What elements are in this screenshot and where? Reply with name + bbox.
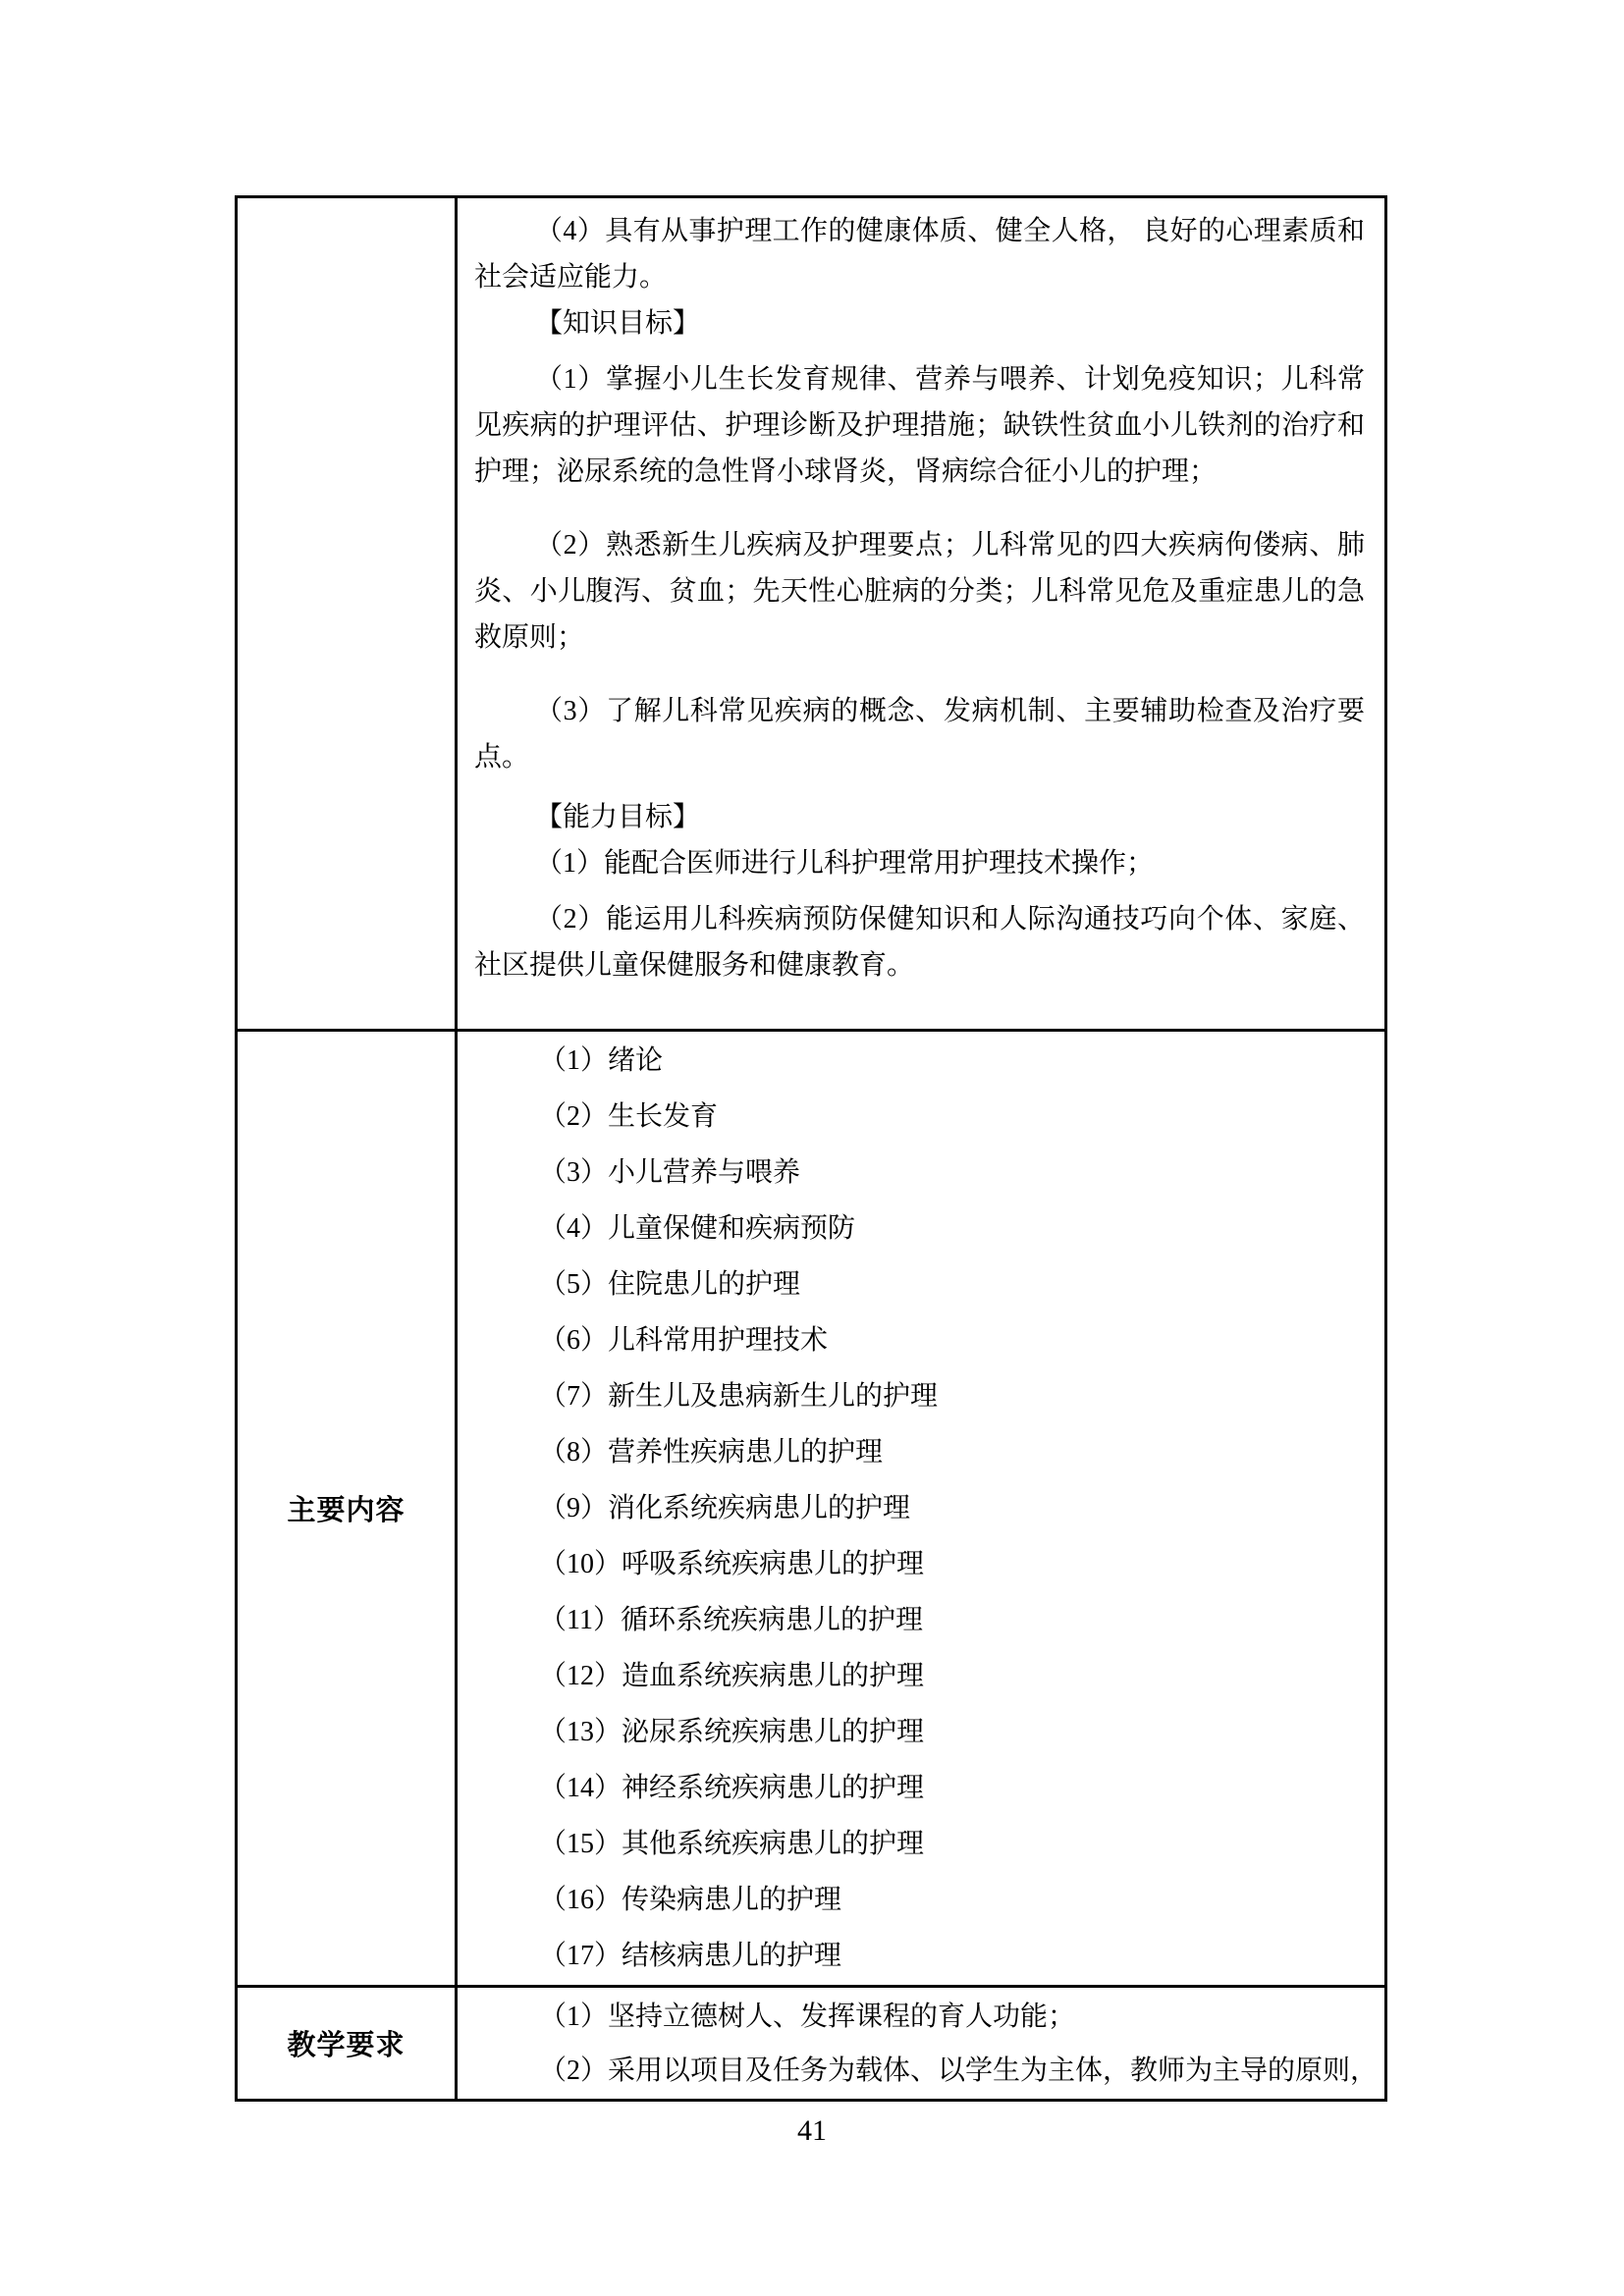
main-content-item: （14）神经系统疾病患儿的护理 — [474, 1760, 1365, 1816]
main-content-item: （9）消化系统疾病患儿的护理 — [474, 1480, 1365, 1536]
goals-line: （1）掌握小儿生长发育规律、营养与喂养、计划免疫知识；儿科常 — [474, 356, 1365, 402]
row-teaching-requirements: 教学要求 （1）坚持立德树人、发挥课程的育人功能；（2）采用以项目及任务为载体、… — [238, 1985, 1384, 2099]
goals-paragraph: （1）掌握小儿生长发育规律、营养与喂养、计划免疫知识；儿科常见疾病的护理评估、护… — [474, 356, 1365, 495]
teaching-requirements-label: 教学要求 — [287, 2023, 405, 2063]
goals-line: 炎、小儿腹泻、贫血；先天性心脏病的分类；儿科常见危及重症患儿的急 — [474, 568, 1365, 614]
main-content-item: （1）绪论 — [474, 1033, 1365, 1089]
main-content-item: （7）新生儿及患病新生儿的护理 — [474, 1368, 1365, 1424]
main-content-item: （12）造血系统疾病患儿的护理 — [474, 1648, 1365, 1704]
teaching-requirements-cell: （1）坚持立德树人、发挥课程的育人功能；（2）采用以项目及任务为载体、以学生为主… — [458, 1988, 1384, 2099]
teaching-requirement-item: （2）采用以项目及任务为载体、以学生为主体，教师为主导的原则， — [474, 2044, 1365, 2098]
goals-line: 社会适应能力。 — [474, 254, 1365, 300]
goals-line: （1）能配合医师进行儿科护理常用护理技术操作； — [474, 840, 1365, 886]
main-content-label: 主要内容 — [287, 1488, 405, 1528]
page-number: 41 — [0, 2114, 1624, 2148]
main-content-label-cell: 主要内容 — [238, 1032, 458, 1985]
main-content-item: （10）呼吸系统疾病患儿的护理 — [474, 1536, 1365, 1592]
goals-section-heading: 【知识目标】 — [474, 300, 1365, 347]
main-content-item: （4）儿童保健和疾病预防 — [474, 1201, 1365, 1256]
goals-paragraph: （4）具有从事护理工作的健康体质、健全人格， 良好的心理素质和社会适应能力。 — [474, 208, 1365, 300]
course-goals-cell: （4）具有从事护理工作的健康体质、健全人格， 良好的心理素质和社会适应能力。【知… — [458, 198, 1384, 1029]
goals-paragraph: （2）能运用儿科疾病预防保健知识和人际沟通技巧向个体、家庭、社区提供儿童保健服务… — [474, 896, 1365, 988]
main-content-item: （17）结核病患儿的护理 — [474, 1928, 1365, 1984]
main-content-item: （2）生长发育 — [474, 1089, 1365, 1145]
teaching-requirements-label-cell: 教学要求 — [238, 1988, 458, 2099]
goals-label-cell — [238, 198, 458, 1029]
main-content-item: （11）循环系统疾病患儿的护理 — [474, 1592, 1365, 1648]
main-content-item: （16）传染病患儿的护理 — [474, 1872, 1365, 1928]
goals-paragraph: （1）能配合医师进行儿科护理常用护理技术操作； — [474, 840, 1365, 886]
row-main-content: 主要内容 （1）绪论（2）生长发育（3）小儿营养与喂养（4）儿童保健和疾病预防（… — [238, 1029, 1384, 1985]
goals-line: 点。 — [474, 734, 1365, 780]
goals-paragraph: （2）熟悉新生儿疾病及护理要点；儿科常见的四大疾病佝偻病、肺炎、小儿腹泻、贫血；… — [474, 522, 1365, 661]
goals-line: 【能力目标】 — [474, 794, 1365, 840]
teaching-requirement-item: （1）坚持立德树人、发挥课程的育人功能； — [474, 1990, 1365, 2044]
row-course-goals: （4）具有从事护理工作的健康体质、健全人格， 良好的心理素质和社会适应能力。【知… — [238, 198, 1384, 1029]
main-content-item: （5）住院患儿的护理 — [474, 1256, 1365, 1312]
goals-line: 【知识目标】 — [474, 300, 1365, 347]
goals-line: 见疾病的护理评估、护理诊断及护理措施；缺铁性贫血小儿铁剂的治疗和 — [474, 402, 1365, 449]
main-content-item: （13）泌尿系统疾病患儿的护理 — [474, 1704, 1365, 1760]
main-content-item: （15）其他系统疾病患儿的护理 — [474, 1816, 1365, 1872]
goals-section-heading: 【能力目标】 — [474, 794, 1365, 840]
main-content-cell: （1）绪论（2）生长发育（3）小儿营养与喂养（4）儿童保健和疾病预防（5）住院患… — [458, 1032, 1384, 1985]
main-content-item: （8）营养性疾病患儿的护理 — [474, 1424, 1365, 1480]
goals-line: 社区提供儿童保健服务和健康教育。 — [474, 942, 1365, 988]
goals-line: （2）能运用儿科疾病预防保健知识和人际沟通技巧向个体、家庭、 — [474, 896, 1365, 942]
goals-line: 护理；泌尿系统的急性肾小球肾炎，肾病综合征小儿的护理； — [474, 449, 1365, 495]
goals-line: （2）熟悉新生儿疾病及护理要点；儿科常见的四大疾病佝偻病、肺 — [474, 522, 1365, 568]
curriculum-table: （4）具有从事护理工作的健康体质、健全人格， 良好的心理素质和社会适应能力。【知… — [235, 195, 1387, 2102]
goals-line: 救原则； — [474, 614, 1365, 661]
main-content-item: （6）儿科常用护理技术 — [474, 1312, 1365, 1368]
goals-paragraph: （3）了解儿科常见疾病的概念、发病机制、主要辅助检查及治疗要点。 — [474, 688, 1365, 780]
goals-line: （3）了解儿科常见疾病的概念、发病机制、主要辅助检查及治疗要 — [474, 688, 1365, 734]
goals-line: （4）具有从事护理工作的健康体质、健全人格， 良好的心理素质和 — [474, 208, 1365, 254]
main-content-item: （3）小儿营养与喂养 — [474, 1145, 1365, 1201]
